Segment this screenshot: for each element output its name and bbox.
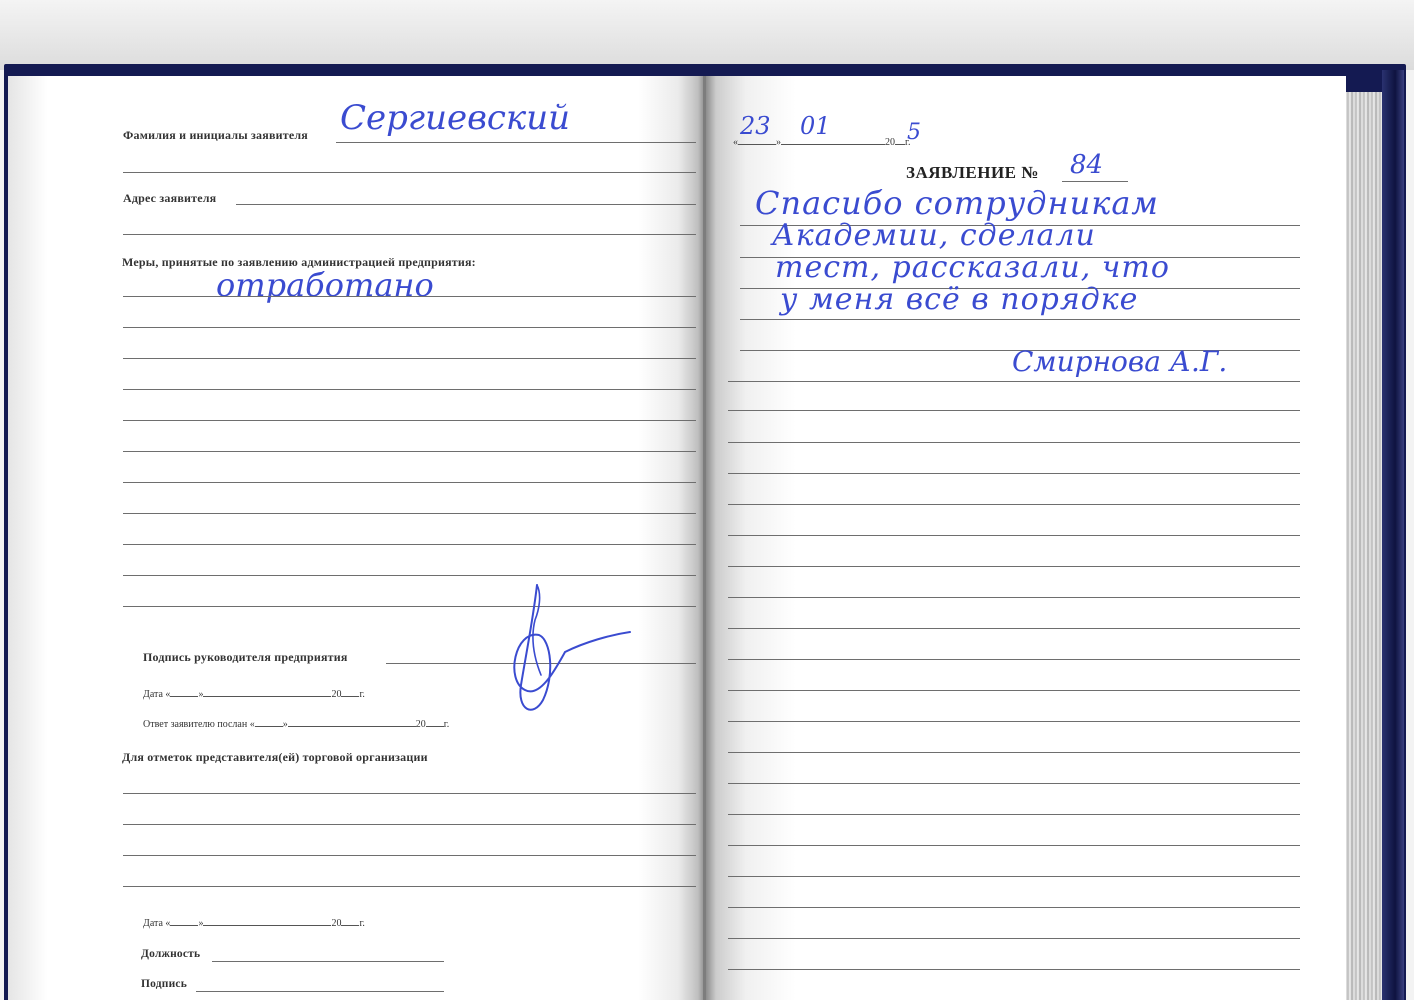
applicant-name-line [336, 142, 696, 143]
left-page [8, 76, 708, 1000]
statement-number-line [1062, 181, 1128, 182]
right-line-15 [728, 659, 1300, 660]
right-line-12 [728, 566, 1300, 567]
year-prefix: 20 [331, 918, 341, 929]
right-line-17 [728, 721, 1300, 722]
statement-line-2[interactable]: Академии, сделали [772, 218, 1096, 253]
representatives-line-3[interactable] [123, 855, 696, 856]
reply-month-blank[interactable] [288, 726, 416, 727]
measures-line-9 [123, 544, 696, 545]
date2-label: Дата « [143, 918, 170, 929]
statement-month-blank [781, 144, 885, 145]
measures-line-3 [123, 358, 696, 359]
measures-value[interactable]: отработано [216, 266, 434, 304]
year-prefix: 20 [331, 689, 341, 700]
statement-day-blank [738, 144, 776, 145]
statement-signature-name[interactable]: Смирнова А.Г. [1012, 345, 1227, 378]
reply-sent-row: Ответ заявителю послан «»20г. [143, 719, 449, 730]
measures-line-4 [123, 389, 696, 390]
representatives-line-2[interactable] [123, 824, 696, 825]
right-line-24 [728, 938, 1300, 939]
book-cover-edge [1382, 70, 1404, 1000]
applicant-name-line-2 [123, 172, 696, 173]
statement-line-1[interactable]: Спасибо сотрудникам [755, 184, 1159, 222]
representatives-line-4[interactable] [123, 886, 696, 887]
year-prefix: 20 [416, 719, 426, 730]
applicant-name-label: Фамилия и инициалы заявителя [123, 128, 308, 143]
head-signature-scribble [495, 580, 635, 725]
measures-line-10 [123, 575, 696, 576]
statement-number[interactable]: 84 [1070, 150, 1103, 180]
right-line-23 [728, 907, 1300, 908]
year-suffix: г. [359, 918, 364, 929]
applicant-name-value[interactable]: Сергиевский [340, 98, 570, 138]
measures-line-5 [123, 420, 696, 421]
measures-line-1 [123, 296, 696, 297]
right-line-7 [728, 410, 1300, 411]
representatives-line-1[interactable] [123, 793, 696, 794]
quote-close: » [198, 918, 203, 929]
right-line-8 [728, 442, 1300, 443]
quote-close: » [776, 137, 781, 148]
statement-month-value[interactable]: 01 [800, 112, 831, 140]
address-line[interactable] [236, 204, 696, 205]
right-line-20 [728, 814, 1300, 815]
date-day-blank[interactable] [170, 696, 198, 697]
right-line-4 [740, 319, 1300, 320]
address-label: Адрес заявителя [123, 191, 216, 206]
right-line-22 [728, 876, 1300, 877]
position-line[interactable] [212, 961, 444, 962]
date-label: Дата « [143, 689, 170, 700]
statement-year-value[interactable]: 5 [907, 120, 921, 145]
statement-year-blank [895, 144, 905, 145]
right-line-9 [728, 473, 1300, 474]
scanner-background [0, 0, 1414, 70]
quote-close: » [198, 689, 203, 700]
address-line-2[interactable] [123, 234, 696, 235]
right-line-13 [728, 597, 1300, 598]
measures-line-8 [123, 513, 696, 514]
measures-line-2 [123, 327, 696, 328]
head-date-row: Дата «»20г. [143, 689, 365, 700]
representatives-label: Для отметок представителя(ей) торговой о… [122, 750, 428, 765]
reply-year-blank[interactable] [426, 726, 444, 727]
page-stack-edge [1346, 92, 1382, 1000]
right-line-16 [728, 690, 1300, 691]
measures-line-7 [123, 482, 696, 483]
signature-label: Подпись [141, 978, 187, 990]
date-month-blank[interactable] [203, 696, 331, 697]
right-line-25 [728, 969, 1300, 970]
right-line-21 [728, 845, 1300, 846]
right-line-18 [728, 752, 1300, 753]
quote-open: « [733, 137, 738, 148]
date2-year-blank[interactable] [341, 925, 359, 926]
signature-line[interactable] [196, 991, 444, 992]
right-line-19 [728, 783, 1300, 784]
date-year-blank[interactable] [341, 696, 359, 697]
head-signature-label: Подпись руководителя предприятия [143, 650, 348, 665]
reply-day-blank[interactable] [255, 726, 283, 727]
statement-day-value[interactable]: 23 [740, 112, 771, 140]
statement-title: ЗАЯВЛЕНИЕ № [906, 163, 1039, 183]
year-suffix: г. [359, 689, 364, 700]
measures-line-6 [123, 451, 696, 452]
position-label: Должность [141, 948, 200, 960]
reply-sent-label: Ответ заявителю послан « [143, 719, 255, 730]
right-line-11 [728, 535, 1300, 536]
statement-line-4[interactable]: у меня всё в порядке [780, 282, 1138, 317]
quote-close: » [283, 719, 288, 730]
right-line-6 [728, 381, 1300, 382]
date2-month-blank[interactable] [203, 925, 331, 926]
right-line-10 [728, 504, 1300, 505]
statement-line-3[interactable]: тест, рассказали, что [775, 250, 1170, 285]
date2-day-blank[interactable] [170, 925, 198, 926]
year-prefix: 20 [885, 137, 895, 148]
year-suffix: г. [444, 719, 449, 730]
rep-date-row: Дата «»20г. [143, 918, 365, 929]
right-line-14 [728, 628, 1300, 629]
